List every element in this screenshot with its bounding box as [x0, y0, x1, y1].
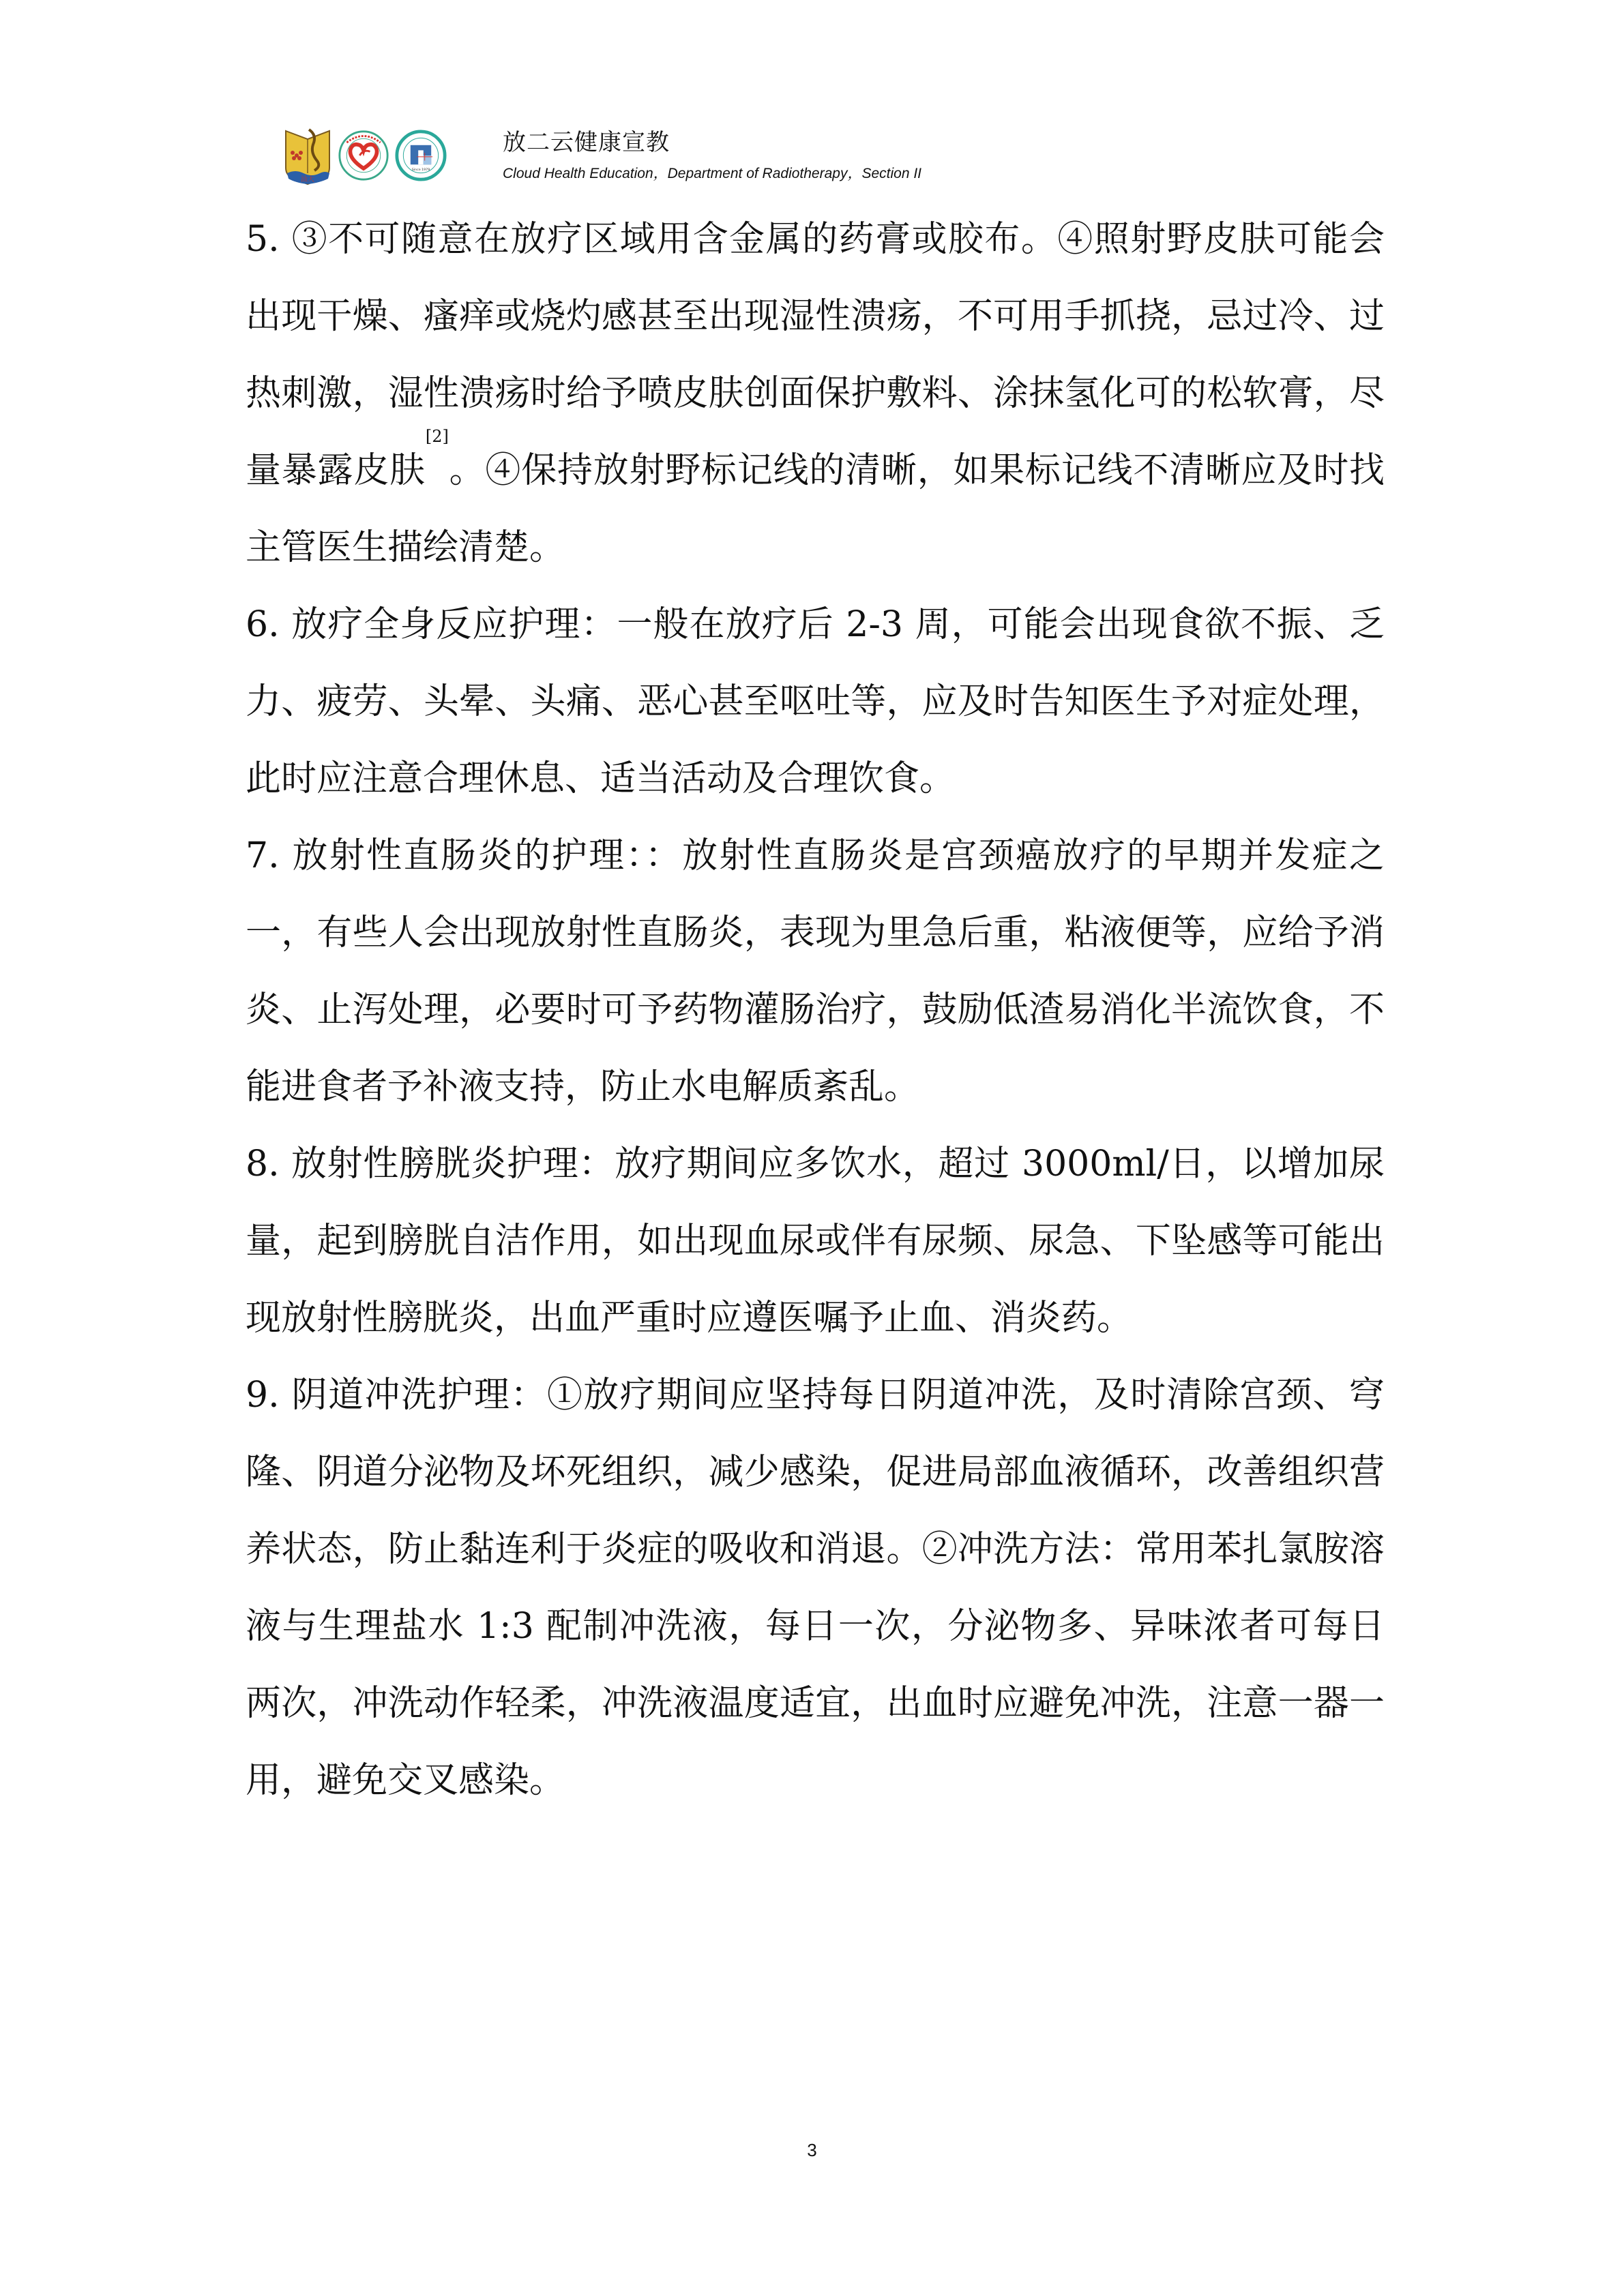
document-body: 5. ③不可随意在放疗区域用含金属的药膏或胶布。④照射野皮肤可能会出现干燥、瘙痒…	[246, 201, 1385, 1819]
logo-group: 汕大 Since 1979	[283, 125, 447, 185]
cancer-hospital-heart-logo	[338, 130, 389, 181]
paragraph-item-6: 6. 放疗全身反应护理：一般在放疗后 2-3 周，可能会出现食欲不振、乏力、疲劳…	[246, 586, 1385, 818]
page-header: 汕大 Since 1979 放二云健康宣教 Cloud Health Educa…	[283, 121, 921, 190]
svg-text:Since 1979: Since 1979	[412, 168, 430, 172]
paragraph-item-9: 9. 阴道冲洗护理：①放疗期间应坚持每日阴道冲洗，及时清除宫颈、穹隆、阴道分泌物…	[246, 1357, 1385, 1819]
university-crest-logo: 汕大	[283, 125, 332, 185]
paragraph-item-8: 8. 放射性膀胱炎护理：放疗期间应多饮水，超过 3000ml/日，以增加尿量，起…	[246, 1126, 1385, 1357]
radiotherapy-department-logo: Since 1979	[395, 130, 447, 181]
header-title: 放二云健康宣教	[503, 128, 921, 157]
header-subtitle: Cloud Health Education，Department of Rad…	[503, 165, 921, 183]
svg-text:汕大: 汕大	[301, 175, 314, 183]
header-text-block: 放二云健康宣教 Cloud Health Education，Departmen…	[503, 128, 921, 183]
page-number: 3	[0, 2140, 1624, 2161]
paragraph-item-7: 7. 放射性直肠炎的护理：：放射性直肠炎是宫颈癌放疗的早期并发症之一，有些人会出…	[246, 818, 1385, 1126]
paragraph-item-5: 5. ③不可随意在放疗区域用含金属的药膏或胶布。④照射野皮肤可能会出现干燥、瘙痒…	[246, 201, 1385, 586]
citation-reference: [2]	[426, 427, 449, 446]
